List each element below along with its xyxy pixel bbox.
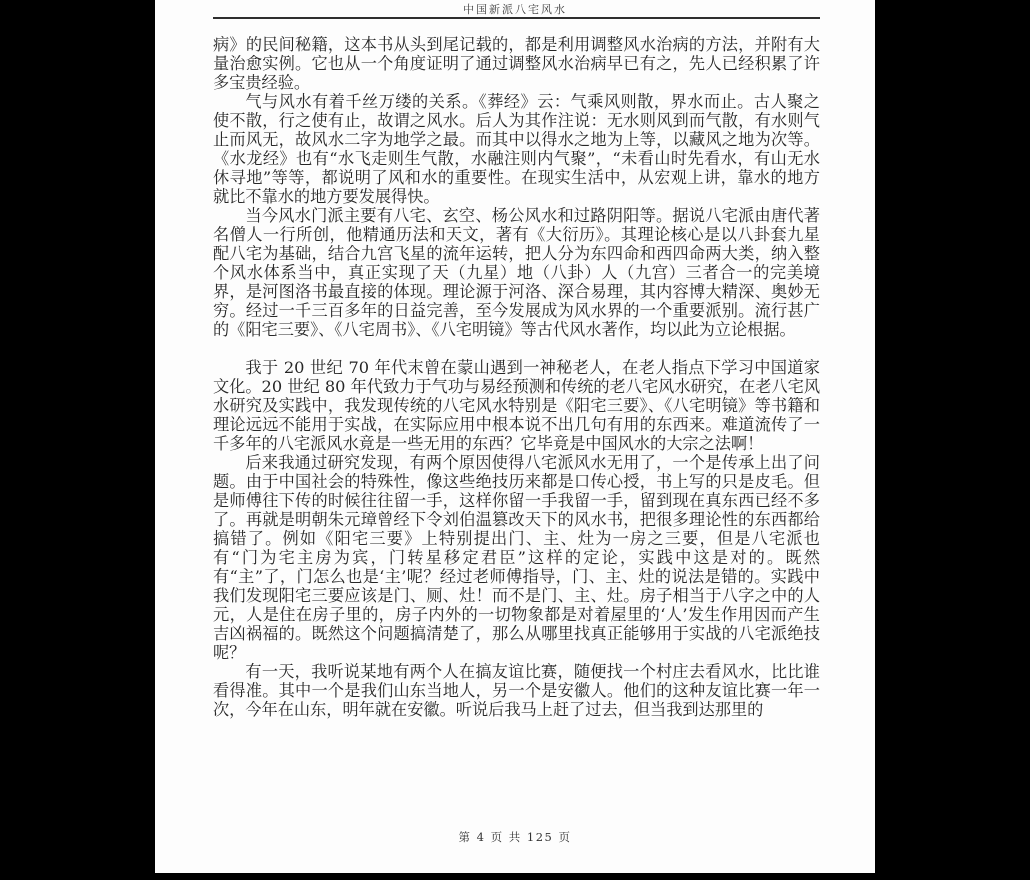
paragraph: 气与风水有着千丝万缕的关系。《葬经》云：气乘风则散，界水而止。古人聚之使不散，行… — [213, 92, 820, 206]
page-number-indicator: 第 4 页 共 125 页 — [458, 830, 571, 844]
paragraph: 当今风水门派主要有八宅、玄空、杨公风水和过路阴阳等。据说八宅派由唐代著名僧人一行… — [213, 206, 820, 339]
paragraph: 有一天，我听说某地有两个人在搞友谊比赛，随便找一个村庄去看风水，比比谁看得准。其… — [213, 662, 820, 719]
page-header: 中国新派八宅风水 — [155, 0, 875, 19]
paragraph: 后来我通过研究发现，有两个原因使得八宅派风水无用了，一个是传承上出了问题。由于中… — [213, 453, 820, 662]
page-body: 病》的民间秘籍，这本书从头到尾记载的，都是利用调整风水治病的方法，并附有大量治愈… — [155, 19, 875, 719]
paragraph: 我于 20 世纪 70 年代末曾在蒙山遇到一神秘老人，在老人指点下学习中国道家文… — [213, 358, 820, 453]
page: 中国新派八宅风水 病》的民间秘籍，这本书从头到尾记载的，都是利用调整风水治病的方… — [155, 0, 875, 873]
document-viewer: 中国新派八宅风水 病》的民间秘籍，这本书从头到尾记载的，都是利用调整风水治病的方… — [0, 0, 1030, 880]
running-header-title: 中国新派八宅风水 — [155, 0, 875, 16]
page-footer: 第 4 页 共 125 页 — [155, 829, 875, 845]
paragraph: 病》的民间秘籍，这本书从头到尾记载的，都是利用调整风水治病的方法，并附有大量治愈… — [213, 35, 820, 92]
